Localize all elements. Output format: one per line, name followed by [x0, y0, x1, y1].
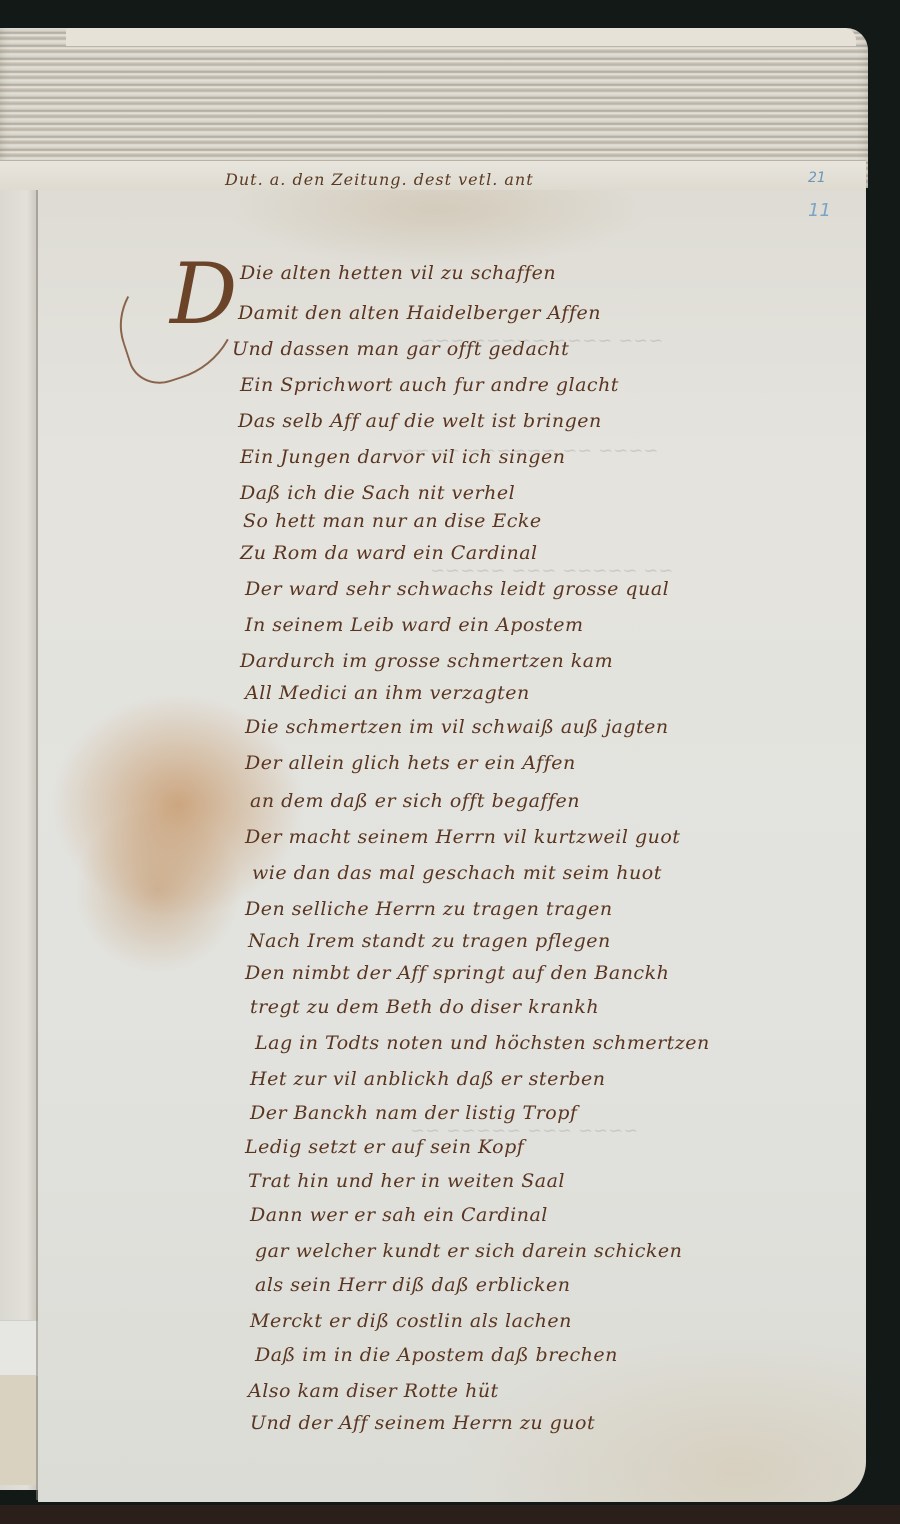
- manuscript-line: als sein Herr diß daß erblicken: [255, 1274, 571, 1296]
- manuscript-line: Daß im in die Apostem daß brechen: [255, 1344, 618, 1366]
- manuscript-line: All Medici an ihm verzagten: [245, 682, 530, 704]
- manuscript-line: tregt zu dem Beth do diser krankh: [250, 996, 599, 1018]
- manuscript-line: Daß ich die Sach nit verhel: [240, 482, 515, 504]
- manuscript-line: Lag in Todts noten und höchsten schmertz…: [255, 1032, 710, 1054]
- manuscript-line: Ein Sprichwort auch fur andre glacht: [240, 374, 619, 396]
- manuscript-line: Der ward sehr schwachs leidt grosse qual: [245, 578, 669, 600]
- manuscript-line: Het zur vil anblickh daß er sterben: [250, 1068, 606, 1090]
- manuscript-line: Den selliche Herrn zu tragen tragen: [245, 898, 613, 920]
- manuscript-line: Dann wer er sah ein Cardinal: [250, 1204, 548, 1226]
- manuscript-line: Der allein glich hets er ein Affen: [245, 752, 576, 774]
- manuscript-line: Die alten hetten vil zu schaffen: [240, 262, 556, 284]
- manuscript-line: Das selb Aff auf die welt ist bringen: [238, 410, 602, 432]
- manuscript-line: Also kam diser Rotte hüt: [248, 1380, 499, 1402]
- manuscript-line: Zu Rom da ward ein Cardinal: [240, 542, 538, 564]
- manuscript-line: Und dassen man gar offt gedacht: [232, 338, 569, 360]
- manuscript-line: Der macht seinem Herrn vil kurtzweil guo…: [245, 826, 680, 848]
- manuscript-line: Ledig setzt er auf sein Kopf: [245, 1136, 524, 1158]
- manuscript-line: Die schmertzen im vil schwaiß auß jagten: [245, 716, 669, 738]
- manuscript-line: In seinem Leib ward ein Apostem: [245, 614, 583, 636]
- manuscript-line: an dem daß er sich offt begaffen: [250, 790, 580, 812]
- decorated-initial: D: [170, 252, 237, 336]
- manuscript-line: Trat hin und her in weiten Saal: [248, 1170, 565, 1192]
- manuscript-line: Den nimbt der Aff springt auf den Banckh: [245, 962, 669, 984]
- manuscript-line: Der Banckh nam der listig Tropf: [250, 1102, 577, 1124]
- manuscript-line: Dardurch im grosse schmertzen kam: [240, 650, 613, 672]
- manuscript-line: Ein Jungen darvor vil ich singen: [240, 446, 566, 468]
- manuscript-line: wie dan das mal geschach mit seim huot: [252, 862, 662, 884]
- manuscript-line: So hett man nur an dise Ecke: [243, 510, 542, 532]
- manuscript-line: Nach Irem standt zu tragen pflegen: [248, 930, 611, 952]
- manuscript-line: Merckt er diß costlin als lachen: [250, 1310, 572, 1332]
- text-block: ~~~ ~~~~ ~~~~~ ~~~ ~~~~ ~~ ~~~~~~ ~~~~ ~…: [0, 0, 900, 1524]
- manuscript-line: Und der Aff seinem Herrn zu guot: [250, 1412, 595, 1434]
- manuscript-line: gar welcher kundt er sich darein schicke…: [255, 1240, 682, 1262]
- manuscript-line: Damit den alten Haidelberger Affen: [238, 302, 601, 324]
